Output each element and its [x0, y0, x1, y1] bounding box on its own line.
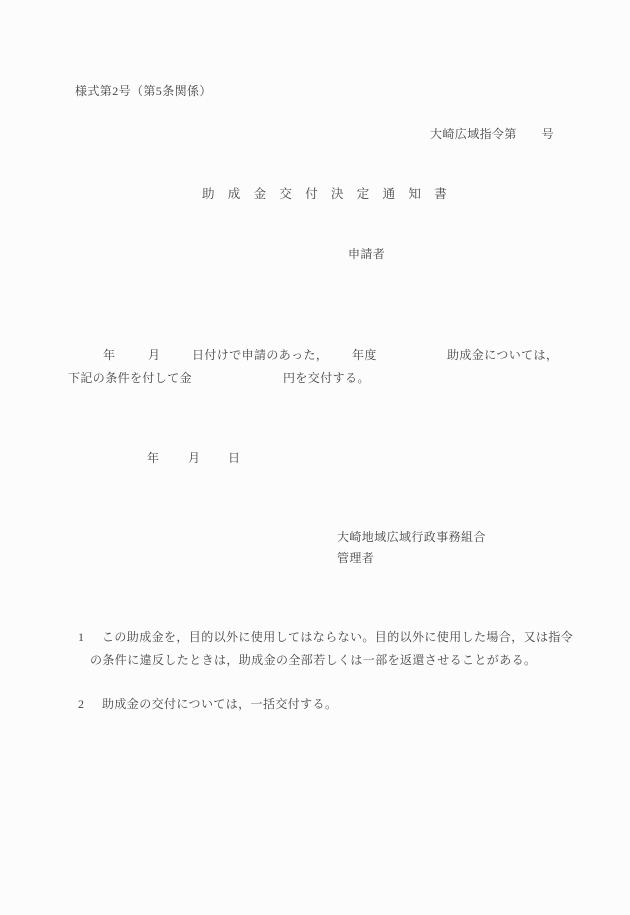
directive-number-line: 大崎広域指令第 号 — [430, 127, 554, 141]
issuer-title: 管理者 — [337, 551, 374, 565]
condition-2-number: 2 — [78, 697, 84, 711]
applicant-label: 申請者 — [348, 247, 385, 261]
issue-date-month-label: 月 — [188, 451, 200, 465]
body-amount-suffix: 円を交付する。 — [283, 371, 370, 385]
body-subsidy-phrase: 助成金については， — [447, 348, 558, 362]
document-page: 様式第2号（第5条関係） 大崎広域指令第 号 助 成 金 交 付 決 定 通 知… — [0, 0, 630, 915]
body-fiscal-year-label: 年度 — [352, 348, 377, 362]
body-year-label: 年 — [103, 348, 115, 362]
issue-date-day-label: 日 — [228, 451, 240, 465]
body-month-label: 月 — [148, 348, 160, 362]
condition-1-line-1: この助成金を，目的以外に使用してはならない。目的以外に使用した場合，又は指令 — [102, 630, 573, 644]
condition-2-line-1: 助成金の交付については，一括交付する。 — [102, 697, 337, 711]
form-number: 様式第2号（第5条関係） — [75, 84, 212, 98]
condition-1-number: 1 — [78, 630, 84, 644]
body-conditions-prefix: 下記の条件を付して金 — [68, 371, 192, 385]
issue-date-year-label: 年 — [147, 451, 159, 465]
document-title: 助 成 金 交 付 決 定 通 知 書 — [202, 187, 447, 202]
body-day-phrase: 日付けで申請のあった， — [192, 348, 328, 362]
issuer-org-name: 大崎地域広域行政事務組合 — [337, 530, 486, 544]
condition-1-line-2: の条件に違反したときは，助成金の全部若しくは一部を返還させることがある。 — [90, 653, 536, 667]
